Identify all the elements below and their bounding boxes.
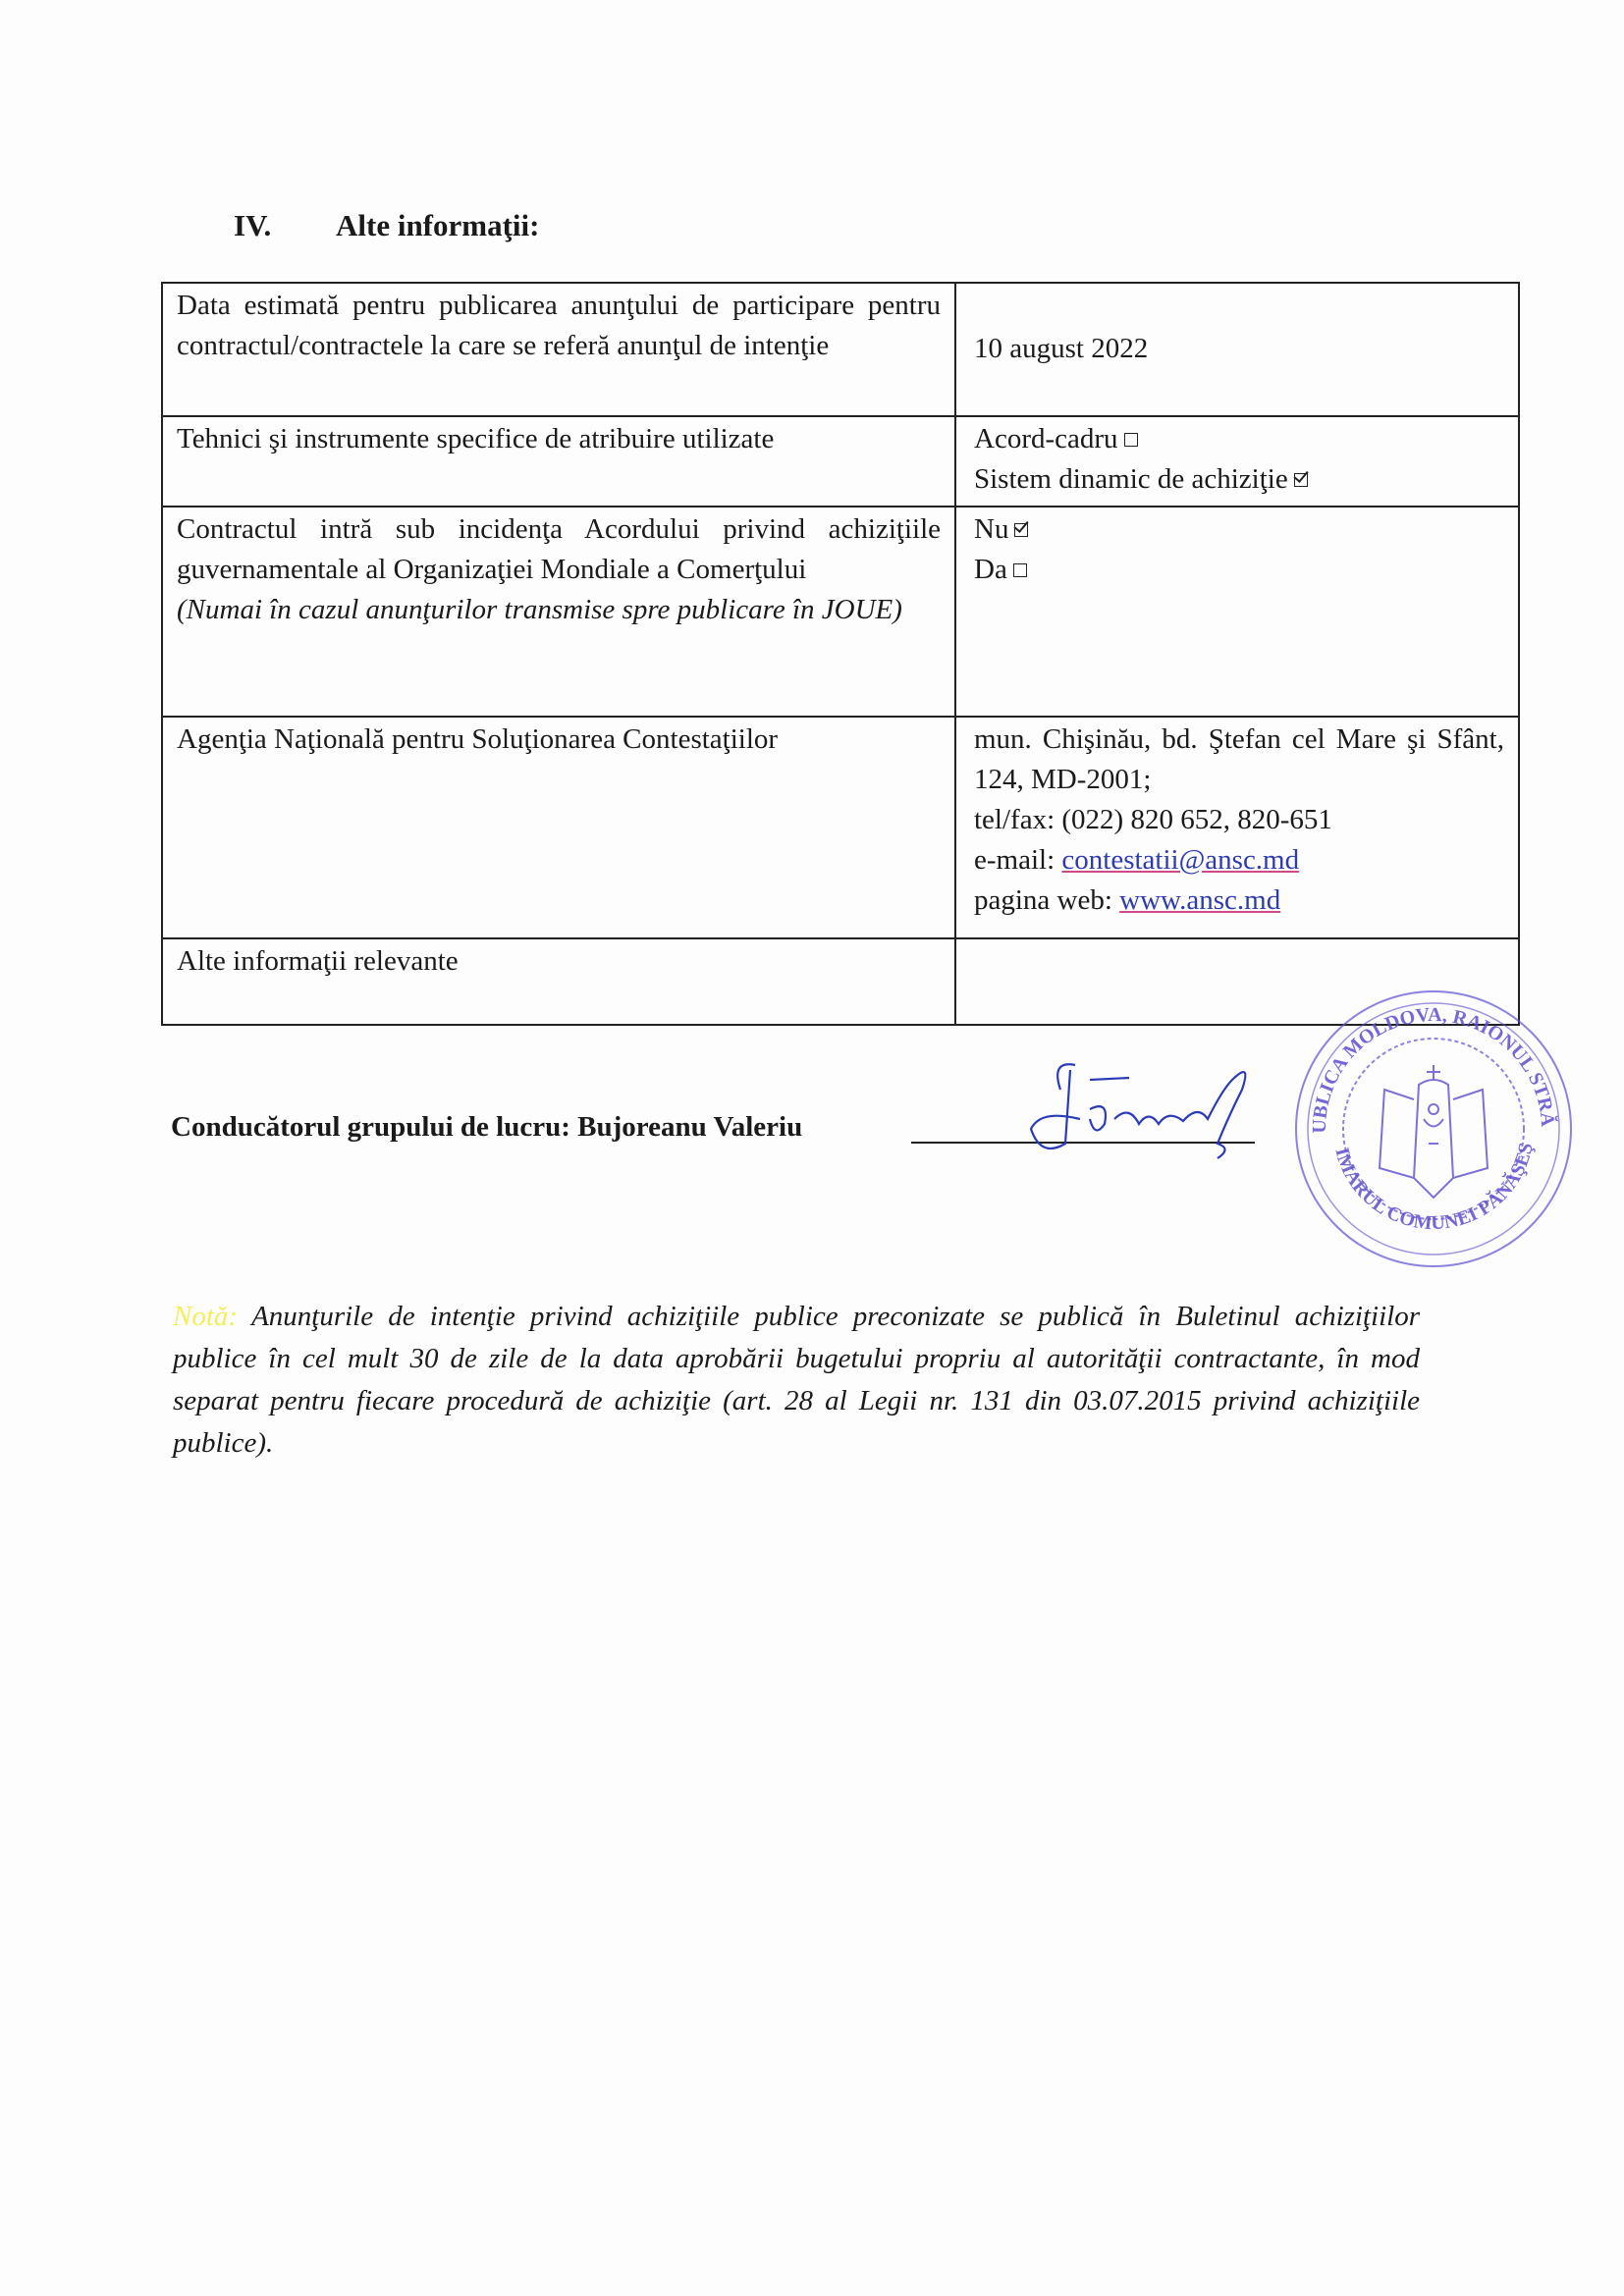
row-label: Contractul intră sub incidenţa Acordului…	[162, 507, 955, 717]
signature-label: Conducătorul grupului de lucru: Bujorean…	[171, 1111, 802, 1144]
footnote: Notă:Anunţurile de intenţie privind achi…	[173, 1296, 1420, 1465]
table-row: Data estimată pentru publicarea anunţulu…	[162, 283, 1519, 416]
table-row: Tehnici şi instrumente specifice de atri…	[162, 416, 1519, 507]
checkbox-icon	[1013, 563, 1027, 577]
table-row: Contractul intră sub incidenţa Acordului…	[162, 507, 1519, 717]
row-label: Agenţia Naţională pentru Soluţionarea Co…	[162, 717, 955, 938]
checkbox-checked-icon	[1294, 473, 1308, 487]
row-value: 10 august 2022	[955, 283, 1519, 416]
handwritten-signature	[1021, 1050, 1316, 1168]
option-framework-agreement: Acord-cadru	[974, 419, 1504, 459]
phone: tel/fax: (022) 820 652, 820-651	[974, 800, 1504, 840]
row-label: Alte informaţii relevante	[162, 938, 955, 1025]
row-options: Acord-cadru Sistem dinamic de achiziţie	[955, 416, 1519, 507]
email-line: e-mail: contestatii@ansc.md	[974, 840, 1504, 881]
section-number: IV.	[234, 208, 336, 243]
note-text: Anunţurile de intenţie privind achiziţii…	[173, 1301, 1420, 1459]
row-options: Nu Da	[955, 507, 1519, 717]
email-link[interactable]: contestatii@ansc.md	[1061, 844, 1299, 876]
table-row: Agenţia Naţională pentru Soluţionarea Co…	[162, 717, 1519, 938]
option-yes: Da	[974, 550, 1504, 590]
row-label: Data estimată pentru publicarea anunţulu…	[162, 283, 955, 416]
checkbox-checked-icon	[1014, 523, 1028, 537]
option-no: Nu	[974, 509, 1504, 550]
row-contact: mun. Chişinău, bd. Ştefan cel Mare şi Sf…	[955, 717, 1519, 938]
web-line: pagina web: www.ansc.md	[974, 881, 1504, 921]
row-label-note: (Numai în cazul anunţurilor transmise sp…	[177, 590, 941, 630]
section-heading: IV.Alte informaţii:	[234, 208, 539, 243]
section-title: Alte informaţii:	[336, 208, 539, 242]
web-link[interactable]: www.ansc.md	[1119, 884, 1280, 916]
option-dynamic-system: Sistem dinamic de achiziţie	[974, 459, 1504, 500]
address: mun. Chişinău, bd. Ştefan cel Mare şi Sf…	[974, 720, 1504, 800]
note-label: Notă:	[173, 1301, 238, 1332]
svg-text:REPUBLICA MOLDOVA, RAIONUL STR: REPUBLICA MOLDOVA, RAIONUL STRĂŞENI	[1286, 982, 1560, 1134]
checkbox-icon	[1124, 433, 1138, 447]
row-label: Tehnici şi instrumente specifice de atri…	[162, 416, 955, 507]
official-stamp: REPUBLICA MOLDOVA, RAIONUL STRĂŞENI PRIM…	[1286, 982, 1581, 1276]
other-info-table: Data estimată pentru publicarea anunţulu…	[161, 282, 1520, 1026]
